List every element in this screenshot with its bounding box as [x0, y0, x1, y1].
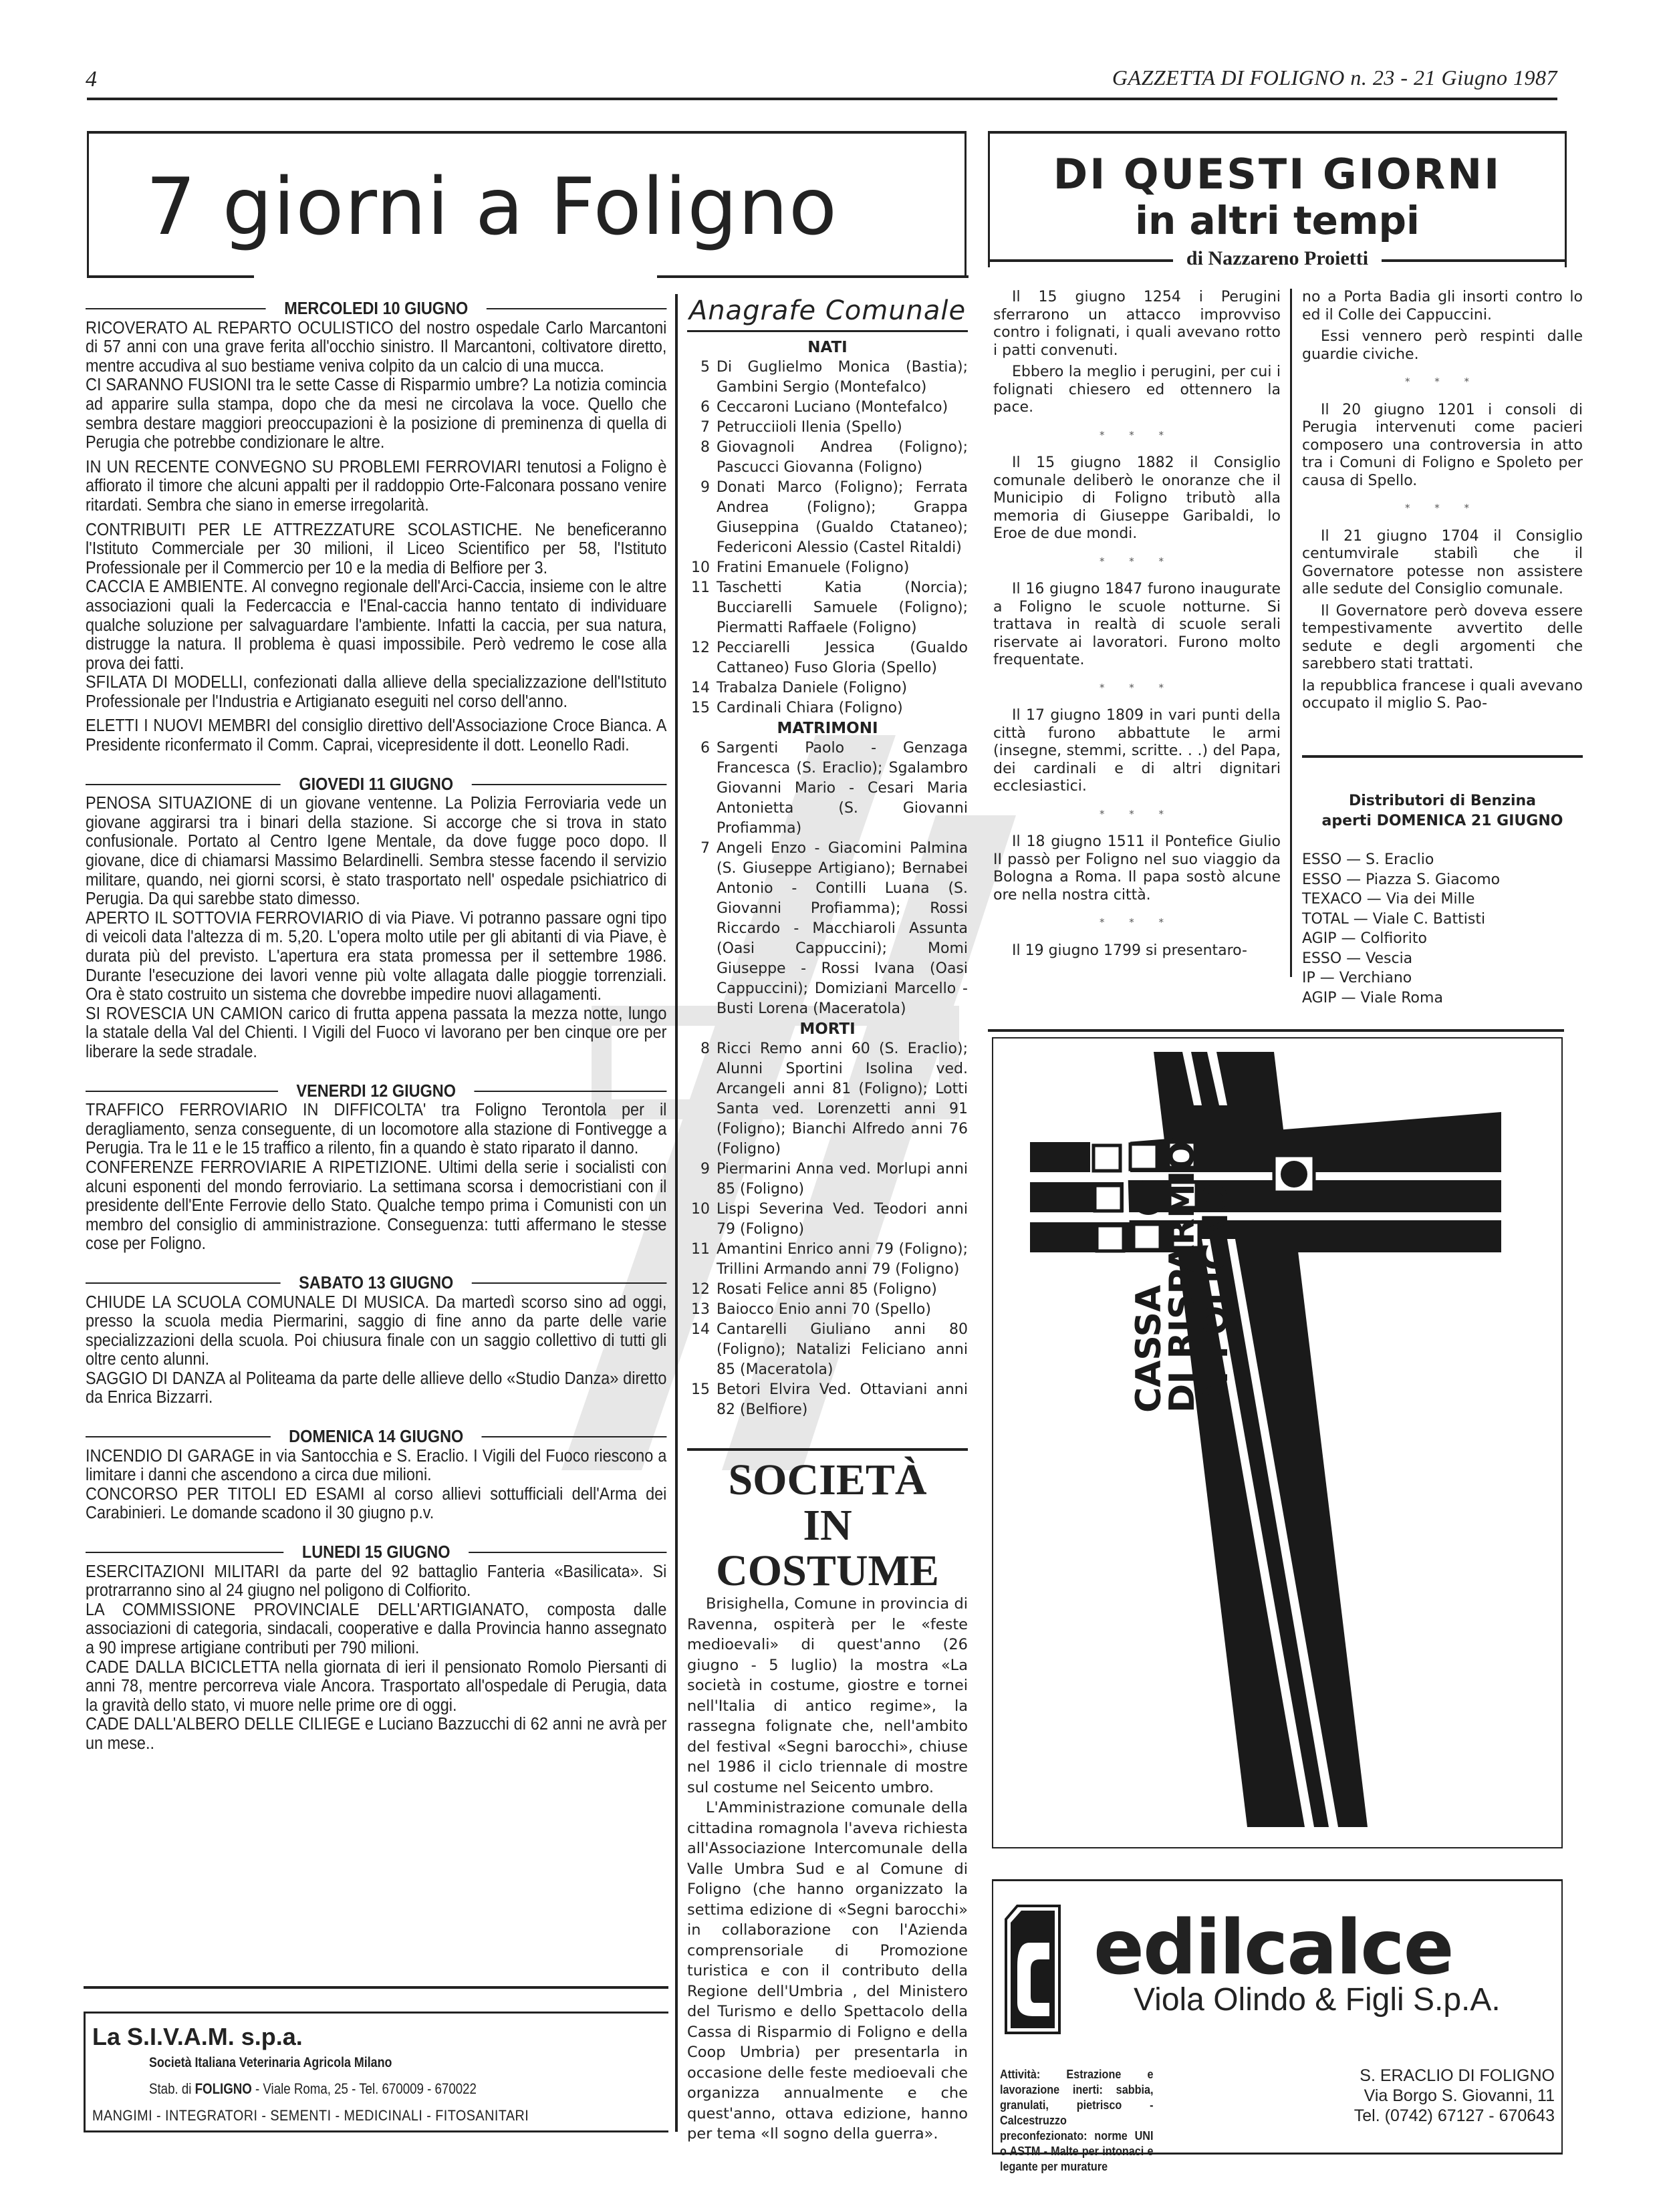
ad-cassa-risparmio: CASSA DI RISPARMIO DI FOLIGNO: [992, 1037, 1563, 1848]
entry-text: Lispi Severina Ved. Teodori anni 79 (Fol…: [717, 1200, 968, 1240]
nati-heading: NATI: [687, 337, 968, 358]
news-item: CONTRIBUITI PER LE ATTREZZATURE SCOLASTI…: [86, 521, 666, 578]
paragraph: Il 17 giugno 1809 in vari punti della ci…: [993, 707, 1281, 796]
benzina-row: ESSO — Piazza S. Giacomo: [1302, 870, 1583, 890]
registry-entry: 15Betori Elvira Ved. Ottaviani anni 82 (…: [687, 1380, 968, 1420]
edilcalce-logo-icon: [1003, 1903, 1063, 2036]
separator-stars: * * *: [1302, 373, 1583, 391]
entry-text: Baiocco Enio anni 70 (Spello): [717, 1300, 968, 1320]
news-item: IN UN RECENTE CONVEGNO SU PROBLEMI FERRO…: [86, 458, 666, 515]
news-item: ELETTI I NUOVI MEMBRI del consiglio dire…: [86, 716, 666, 754]
entry-day: 10: [687, 1200, 717, 1240]
sette-giorni-column: MERCOLEDI 10 GIUGNO RICOVERATO AL REPART…: [86, 294, 666, 1754]
column-divider: [1290, 289, 1292, 977]
page-number: 4: [86, 67, 97, 92]
edilcalce-brand: edilcalce: [1094, 1908, 1453, 1988]
entry-text: Pecciarelli Jessica (Gualdo Cattaneo) Fu…: [717, 638, 968, 678]
registry-entry: 14Trabalza Daniele (Foligno): [687, 678, 968, 698]
registry-entry: 5Di Guglielmo Monica (Bastia); Gambini S…: [687, 358, 968, 398]
registry-entry: 10Fratini Emanuele (Foligno): [687, 558, 968, 578]
separator-stars: * * *: [993, 679, 1281, 697]
paragraph: Ebbero la meglio i perugini, per cui i f…: [993, 364, 1281, 417]
paragraph: Il 19 giugno 1799 si presentaro-: [993, 942, 1281, 960]
entry-day: 11: [687, 578, 717, 638]
anagrafe-title: Anagrafe Comunale: [687, 294, 968, 332]
cassa-line3: DI FOLIGNO: [1196, 1184, 1236, 1413]
day-heading: SABATO 13 GIUGNO: [86, 1274, 666, 1293]
registry-entry: 8Giovagnoli Andrea (Foligno); Pascucci G…: [687, 438, 968, 478]
paragraph: no a Porta Badia gli insorti contro lo e…: [1302, 289, 1583, 324]
separator-stars: * * *: [993, 805, 1281, 823]
paragraph: Il 20 giugno 1201 i consoli di Perugia i…: [1302, 402, 1583, 491]
entry-text: Fratini Emanuele (Foligno): [717, 558, 968, 578]
benzina-rule: [1302, 755, 1583, 758]
column-divider: [675, 294, 678, 2132]
day-heading: VENERDI 12 GIUGNO: [86, 1082, 666, 1101]
entry-day: 14: [687, 1320, 717, 1380]
questi-giorni-title-box: DI QUESTI GIORNI in altri tempi di Nazza…: [988, 131, 1567, 267]
paragraph: Il 18 giugno 1511 il Pontefice Giulio II…: [993, 833, 1281, 904]
questi-giorni-col-b: no a Porta Badia gli insorti contro lo e…: [1302, 289, 1583, 717]
societa-title: SOCIETÀ: [687, 1458, 968, 1503]
entry-text: Sargenti Paolo - Genzaga Francesca (S. E…: [717, 738, 968, 839]
registry-entry: 9Piermarini Anna ved. Morlupi anni 85 (F…: [687, 1159, 968, 1200]
news-item: CONFERENZE FERROVIARIE A RIPETIZIONE. Ul…: [86, 1158, 666, 1254]
paragraph: Il 15 giugno 1254 i Perugini sferrarono …: [993, 289, 1281, 360]
day-heading: LUNEDI 15 GIUGNO: [86, 1543, 666, 1562]
entry-text: Cardinali Chiara (Foligno): [717, 698, 968, 718]
news-item: SAGGIO DI DANZA al Politeama da parte de…: [86, 1369, 666, 1407]
registry-entry: 15Cardinali Chiara (Foligno): [687, 698, 968, 718]
entry-day: 9: [687, 1159, 717, 1200]
entry-day: 9: [687, 478, 717, 558]
registry-entry: 14Cantarelli Giuliano anni 80 (Foligno);…: [687, 1320, 968, 1380]
questi-giorni-title: DI QUESTI GIORNI: [990, 150, 1565, 198]
questi-giorni-col-a: Il 15 giugno 1254 i Perugini sferrarono …: [993, 289, 1281, 964]
news-item: RICOVERATO AL REPARTO OCULISTICO del nos…: [86, 319, 666, 376]
entry-text: Angeli Enzo - Giacomini Palmina (S. Gius…: [717, 839, 968, 1019]
sivam-rule: [84, 1986, 668, 1989]
registry-entry: 7Petrucciioli Ilenia (Spello): [687, 418, 968, 438]
entry-day: 8: [687, 1039, 717, 1159]
entry-text: Amantini Enrico anni 79 (Foligno); Trill…: [717, 1240, 968, 1280]
entry-text: Ceccaroni Luciano (Montefalco): [717, 398, 968, 418]
registry-entry: 11Amantini Enrico anni 79 (Foligno); Tri…: [687, 1240, 968, 1280]
entry-text: Ricci Remo anni 60 (S. Eraclio); Alunni …: [717, 1039, 968, 1159]
nati-list: 5Di Guglielmo Monica (Bastia); Gambini S…: [687, 358, 968, 718]
entry-text: Giovagnoli Andrea (Foligno); Pascucci Gi…: [717, 438, 968, 478]
separator-stars: * * *: [993, 553, 1281, 571]
news-item: CHIUDE LA SCUOLA COMUNALE DI MUSICA. Da …: [86, 1293, 666, 1369]
news-item: INCENDIO DI GARAGE in via Santocchia e S…: [86, 1447, 666, 1485]
entry-day: 15: [687, 698, 717, 718]
ad-sivam: La S.I.V.A.M. s.p.a. Società Italiana Ve…: [84, 2012, 668, 2132]
paragraph: la repubblica francese i quali avevano o…: [1302, 678, 1583, 713]
questi-giorni-subtitle: in altri tempi: [990, 198, 1565, 243]
societa-title-2: IN COSTUME: [687, 1503, 968, 1594]
entry-day: 7: [687, 839, 717, 1019]
news-item: CADE DALL'ALBERO DELLE CILIEGE e Luciano…: [86, 1715, 666, 1753]
entry-day: 15: [687, 1380, 717, 1420]
registry-entry: 6Ceccaroni Luciano (Montefalco): [687, 398, 968, 418]
page-title: 7 giorni a Foligno: [146, 160, 838, 253]
morti-heading: MORTI: [687, 1019, 968, 1039]
day-heading: MERCOLEDI 10 GIUGNO: [86, 299, 666, 319]
masthead: GAZZETTA DI FOLIGNO n. 23 - 21 Giugno 19…: [1112, 65, 1557, 90]
entry-text: Petrucciioli Ilenia (Spello): [717, 418, 968, 438]
cassa-rule: [988, 1029, 1564, 1032]
entry-day: 12: [687, 638, 717, 678]
benzina-row: ESSO — Vescia: [1302, 949, 1583, 969]
title-box-rule-right: [657, 275, 969, 278]
entry-text: Piermarini Anna ved. Morlupi anni 85 (Fo…: [717, 1159, 968, 1200]
benzina-subtitle: aperti DOMENICA 21 GIUGNO: [1302, 811, 1583, 831]
paragraph: Il 15 giugno 1882 il Consiglio comunale …: [993, 454, 1281, 543]
edilcalce-activity: Attività: Estrazione e lavorazione inert…: [1000, 2067, 1154, 2175]
paragraph: Il 16 giugno 1847 furono inaugurate a Fo…: [993, 581, 1281, 670]
news-item: TRAFFICO FERROVIARIO IN DIFFICOLTA' tra …: [86, 1101, 666, 1158]
paragraph: Essi vennero però respinti dalle guardie…: [1302, 328, 1583, 364]
sivam-subtitle: Società Italiana Veterinaria Agricola Mi…: [149, 2055, 392, 2071]
entry-day: 5: [687, 358, 717, 398]
entry-text: Rosati Felice anni 85 (Foligno): [717, 1280, 968, 1300]
societa-body: Brisighella, Comune in provincia di Rave…: [687, 1594, 968, 2145]
sivam-name: La S.I.V.A.M. s.p.a.: [92, 2023, 303, 2051]
day-heading: GIOVEDI 11 GIUGNO: [86, 775, 666, 795]
sivam-address: Stab. di FOLIGNO - Viale Roma, 25 - Tel.…: [149, 2080, 477, 2098]
benzina-row: ESSO — S. Eraclio: [1302, 850, 1583, 870]
entry-day: 10: [687, 558, 717, 578]
benzina-row: IP — Verchiano: [1302, 968, 1583, 988]
matrimoni-list: 6Sargenti Paolo - Genzaga Francesca (S. …: [687, 738, 968, 1019]
news-item: CADE DALLA BICICLETTA nella giornata di …: [86, 1658, 666, 1715]
author: di Nazzareno Proietti: [1173, 247, 1382, 269]
header-rule: [87, 98, 1557, 100]
entry-day: 13: [687, 1300, 717, 1320]
author-line: di Nazzareno Proietti: [990, 247, 1565, 270]
entry-day: 11: [687, 1240, 717, 1280]
paragraph: Il 21 giugno 1704 il Consiglio centumvir…: [1302, 528, 1583, 599]
news-item: APERTO IL SOTTOVIA FERROVIARIO di via Pi…: [86, 909, 666, 1004]
news-item: LA COMMISSIONE PROVINCIALE DELL'ARTIGIAN…: [86, 1601, 666, 1658]
sette-giorni-title-box: 7 giorni a Foligno: [87, 131, 967, 275]
benzina-row: TOTAL — Viale C. Battisti: [1302, 910, 1583, 930]
sivam-products: MANGIMI - INTEGRATORI - SEMENTI - MEDICI…: [92, 2107, 529, 2124]
news-item: ESERCITAZIONI MILITARI da parte del 92 b…: [86, 1562, 666, 1601]
edilcalce-company: Viola Olindo & Figli S.p.A.: [1134, 1981, 1501, 2018]
paragraph: Il Governatore però doveva essere tempes…: [1302, 603, 1583, 674]
registry-entry: 13Baiocco Enio anni 70 (Spello): [687, 1300, 968, 1320]
paragraph: L'Amministrazione comunale della cittadi…: [687, 1798, 968, 2145]
day-heading: DOMENICA 14 GIUGNO: [86, 1427, 666, 1447]
entry-text: Taschetti Katia (Norcia); Bucciarelli Sa…: [717, 578, 968, 638]
anagrafe-column: Anagrafe Comunale NATI 5Di Guglielmo Mon…: [687, 294, 968, 2145]
news-item: SFILATA DI MODELLI, confezionati dalla a…: [86, 673, 666, 711]
separator-stars: * * *: [993, 914, 1281, 932]
entry-text: Donati Marco (Foligno); Ferrata Andrea (…: [717, 478, 968, 558]
registry-entry: 11Taschetti Katia (Norcia); Bucciarelli …: [687, 578, 968, 638]
matrimoni-heading: MATRIMONI: [687, 718, 968, 738]
paragraph: Brisighella, Comune in provincia di Rave…: [687, 1594, 968, 1798]
entry-day: 12: [687, 1280, 717, 1300]
entry-text: Di Guglielmo Monica (Bastia); Gambini Se…: [717, 358, 968, 398]
entry-day: 14: [687, 678, 717, 698]
cassa-cross-logo-icon: CASSA DI RISPARMIO DI FOLIGNO: [993, 1039, 1561, 1847]
registry-entry: 7Angeli Enzo - Giacomini Palmina (S. Giu…: [687, 839, 968, 1019]
benzina-box: Distributori di Benzina aperti DOMENICA …: [1302, 791, 1583, 1008]
benzina-row: TEXACO — Via dei Mille: [1302, 889, 1583, 910]
benzina-row: AGIP — Viale Roma: [1302, 988, 1583, 1008]
title-box-rule-left: [87, 275, 254, 278]
entry-day: 6: [687, 398, 717, 418]
entry-text: Trabalza Daniele (Foligno): [717, 678, 968, 698]
registry-entry: 12Rosati Felice anni 85 (Foligno): [687, 1280, 968, 1300]
entry-text: Cantarelli Giuliano anni 80 (Foligno); N…: [717, 1320, 968, 1380]
morti-list: 8Ricci Remo anni 60 (S. Eraclio); Alunni…: [687, 1039, 968, 1420]
benzina-row: AGIP — Colfiorito: [1302, 929, 1583, 949]
news-item: CONCORSO PER TITOLI ED ESAMI al corso al…: [86, 1485, 666, 1523]
entry-text: Betori Elvira Ved. Ottaviani anni 82 (Be…: [717, 1380, 968, 1420]
benzina-list: ESSO — S. EraclioESSO — Piazza S. Giacom…: [1302, 850, 1583, 1008]
entry-day: 7: [687, 418, 717, 438]
registry-entry: 9Donati Marco (Foligno); Ferrata Andrea …: [687, 478, 968, 558]
entry-day: 8: [687, 438, 717, 478]
benzina-title: Distributori di Benzina: [1302, 791, 1583, 811]
registry-entry: 12Pecciarelli Jessica (Gualdo Cattaneo) …: [687, 638, 968, 678]
news-item: CACCIA E AMBIENTE. Al convegno regionale…: [86, 577, 666, 673]
news-item: CI SARANNO FUSIONI tra le sette Casse di…: [86, 376, 666, 452]
entry-day: 6: [687, 738, 717, 839]
news-item: SI ROVESCIA UN CAMION carico di frutta a…: [86, 1004, 666, 1062]
societa-rule: [687, 1448, 968, 1451]
news-item: PENOSA SITUAZIONE di un giovane ventenne…: [86, 794, 666, 909]
registry-entry: 6Sargenti Paolo - Genzaga Francesca (S. …: [687, 738, 968, 839]
edilcalce-address: S. ERACLIO DI FOLIGNO Via Borgo S. Giova…: [1354, 2066, 1555, 2126]
registry-entry: 10Lispi Severina Ved. Teodori anni 79 (F…: [687, 1200, 968, 1240]
ad-edilcalce: edilcalce Viola Olindo & Figli S.p.A. At…: [992, 1879, 1563, 2155]
separator-stars: * * *: [1302, 499, 1583, 517]
separator-stars: * * *: [993, 426, 1281, 444]
registry-entry: 8Ricci Remo anni 60 (S. Eraclio); Alunni…: [687, 1039, 968, 1159]
